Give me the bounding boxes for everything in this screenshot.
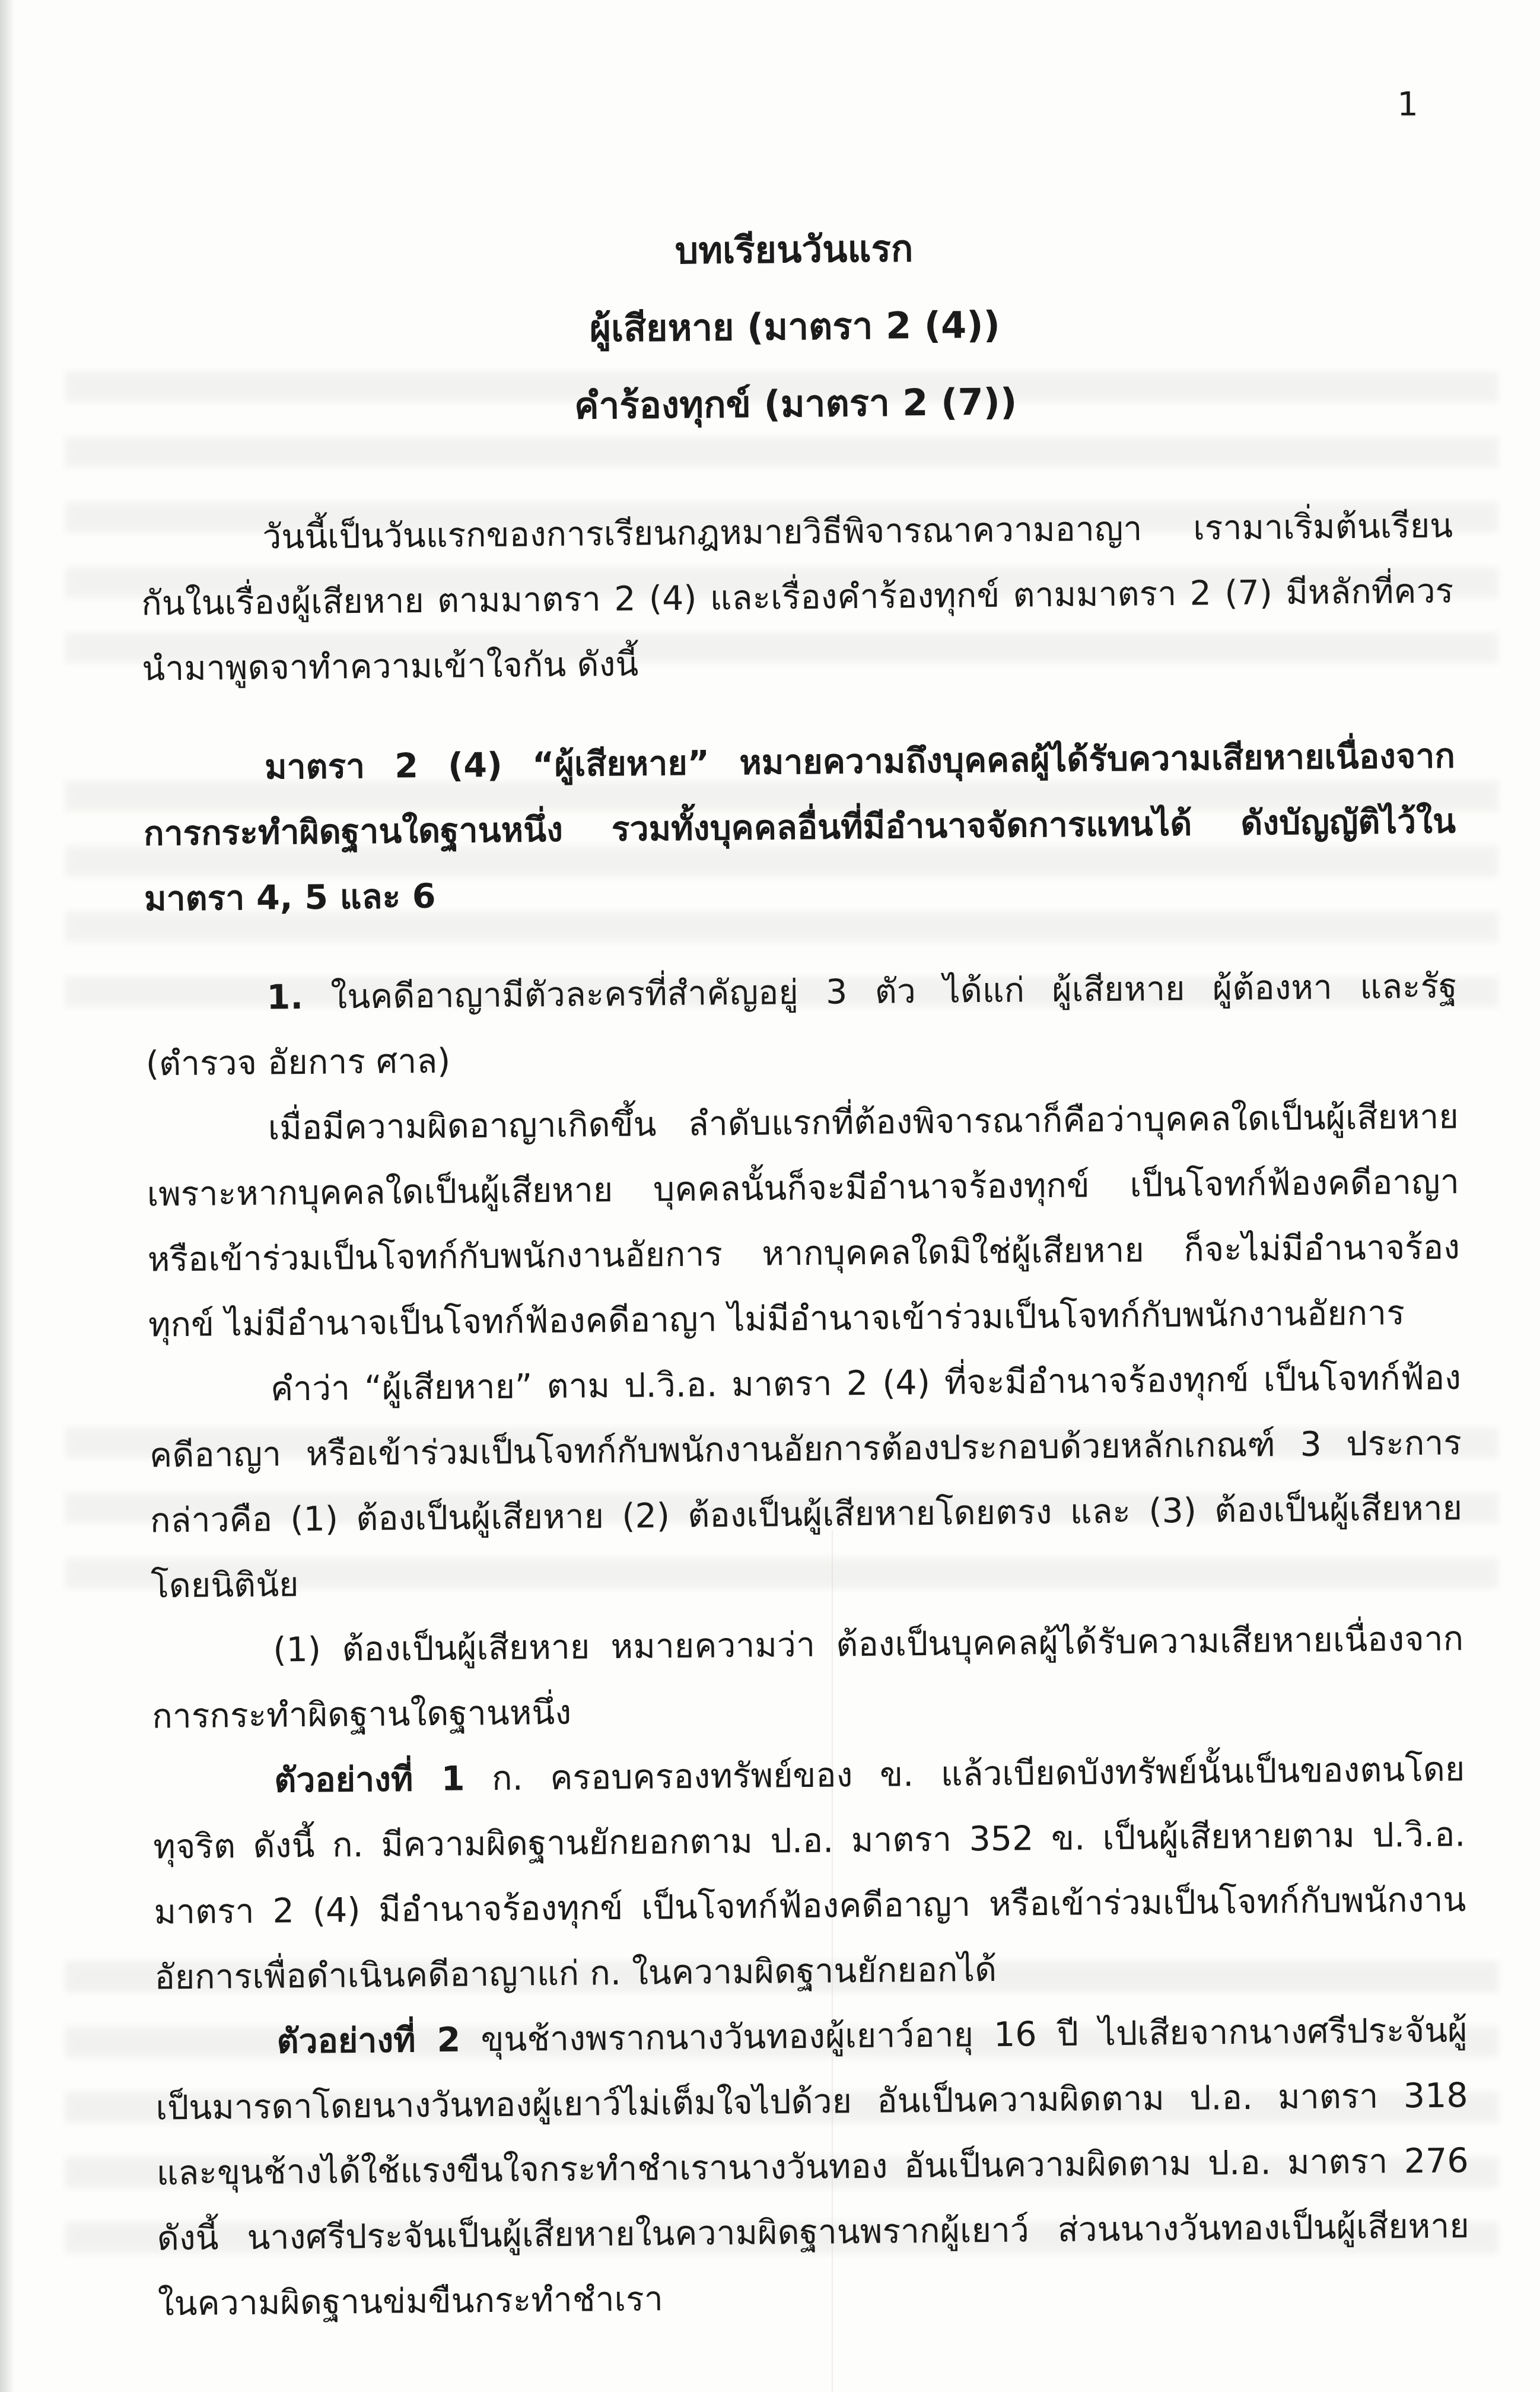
paragraph: วันนี้เป็นวันแรกของการเรียนกฎหมายวิธีพิจ… — [141, 493, 1455, 701]
paragraph-text-run: วันนี้เป็นวันแรกของการเรียนกฎหมายวิธีพิจ… — [141, 506, 1454, 688]
paragraph: (1) ต้องเป็นผู้เสียหาย หมายความว่า ต้องเ… — [151, 1606, 1465, 1749]
paragraph: คำว่า “ผู้เสียหาย” ตาม ป.วิ.อ. มาตรา 2 (… — [149, 1345, 1463, 1618]
paragraph-text-run: ในคดีอาญามีตัวละครที่สำคัญอยู่ 3 ตัว ได้… — [145, 966, 1457, 1083]
paragraph: ตัวอย่างที่ 2 ขุนช้างพรากนางวันทองผู้เยา… — [155, 1997, 1470, 2336]
paragraph-bold-run: ตัวอย่างที่ 1 — [274, 1759, 465, 1800]
paragraph: 1. ในคดีอาญามีตัวละครที่สำคัญอยู่ 3 ตัว … — [145, 953, 1458, 1096]
paragraph-text-run: เมื่อมีความผิดอาญาเกิดขึ้น ลำดับแรกที่ต้… — [147, 1097, 1461, 1344]
title-line-lesson: บทเรียนวันแรก — [138, 205, 1450, 294]
paragraph: เมื่อมีความผิดอาญาเกิดขึ้น ลำดับแรกที่ต้… — [146, 1084, 1461, 1357]
paragraph-bold-run: มาตรา 2 (4) “ผู้เสียหาย” หมายความถึงบุคค… — [144, 736, 1456, 918]
paragraph-text-run: คำว่า “ผู้เสียหาย” ตาม ป.วิ.อ. มาตรา 2 (… — [149, 1358, 1463, 1605]
paragraph-bold-run: 1. — [266, 978, 303, 1017]
paragraph: มาตรา 2 (4) “ผู้เสียหาย” หมายความถึงบุคค… — [142, 723, 1456, 931]
document-body: วันนี้เป็นวันแรกของการเรียนกฎหมายวิธีพิจ… — [141, 493, 1471, 2336]
page-number: 1 — [1397, 88, 1418, 121]
document-page: 1 บทเรียนวันแรก ผู้เสียหาย (มาตรา 2 (4))… — [0, 0, 1540, 2392]
document-title-block: บทเรียนวันแรก ผู้เสียหาย (มาตรา 2 (4)) ค… — [138, 205, 1452, 448]
document-content: บทเรียนวันแรก ผู้เสียหาย (มาตรา 2 (4)) ค… — [138, 205, 1470, 2336]
paragraph-bold-run: ตัวอย่างที่ 2 — [276, 2021, 460, 2062]
title-line-injured-person: ผู้เสียหาย (มาตรา 2 (4)) — [138, 282, 1451, 371]
scan-edge-shading — [0, 0, 14, 2392]
paragraph: ตัวอย่างที่ 1 ก. ครอบครองทรัพย์ของ ข. แล… — [152, 1736, 1467, 2010]
title-line-complaint: คำร้องทุกข์ (มาตรา 2 (7)) — [139, 359, 1452, 448]
paragraph-text-run: (1) ต้องเป็นผู้เสียหาย หมายความว่า ต้องเ… — [152, 1619, 1463, 1736]
